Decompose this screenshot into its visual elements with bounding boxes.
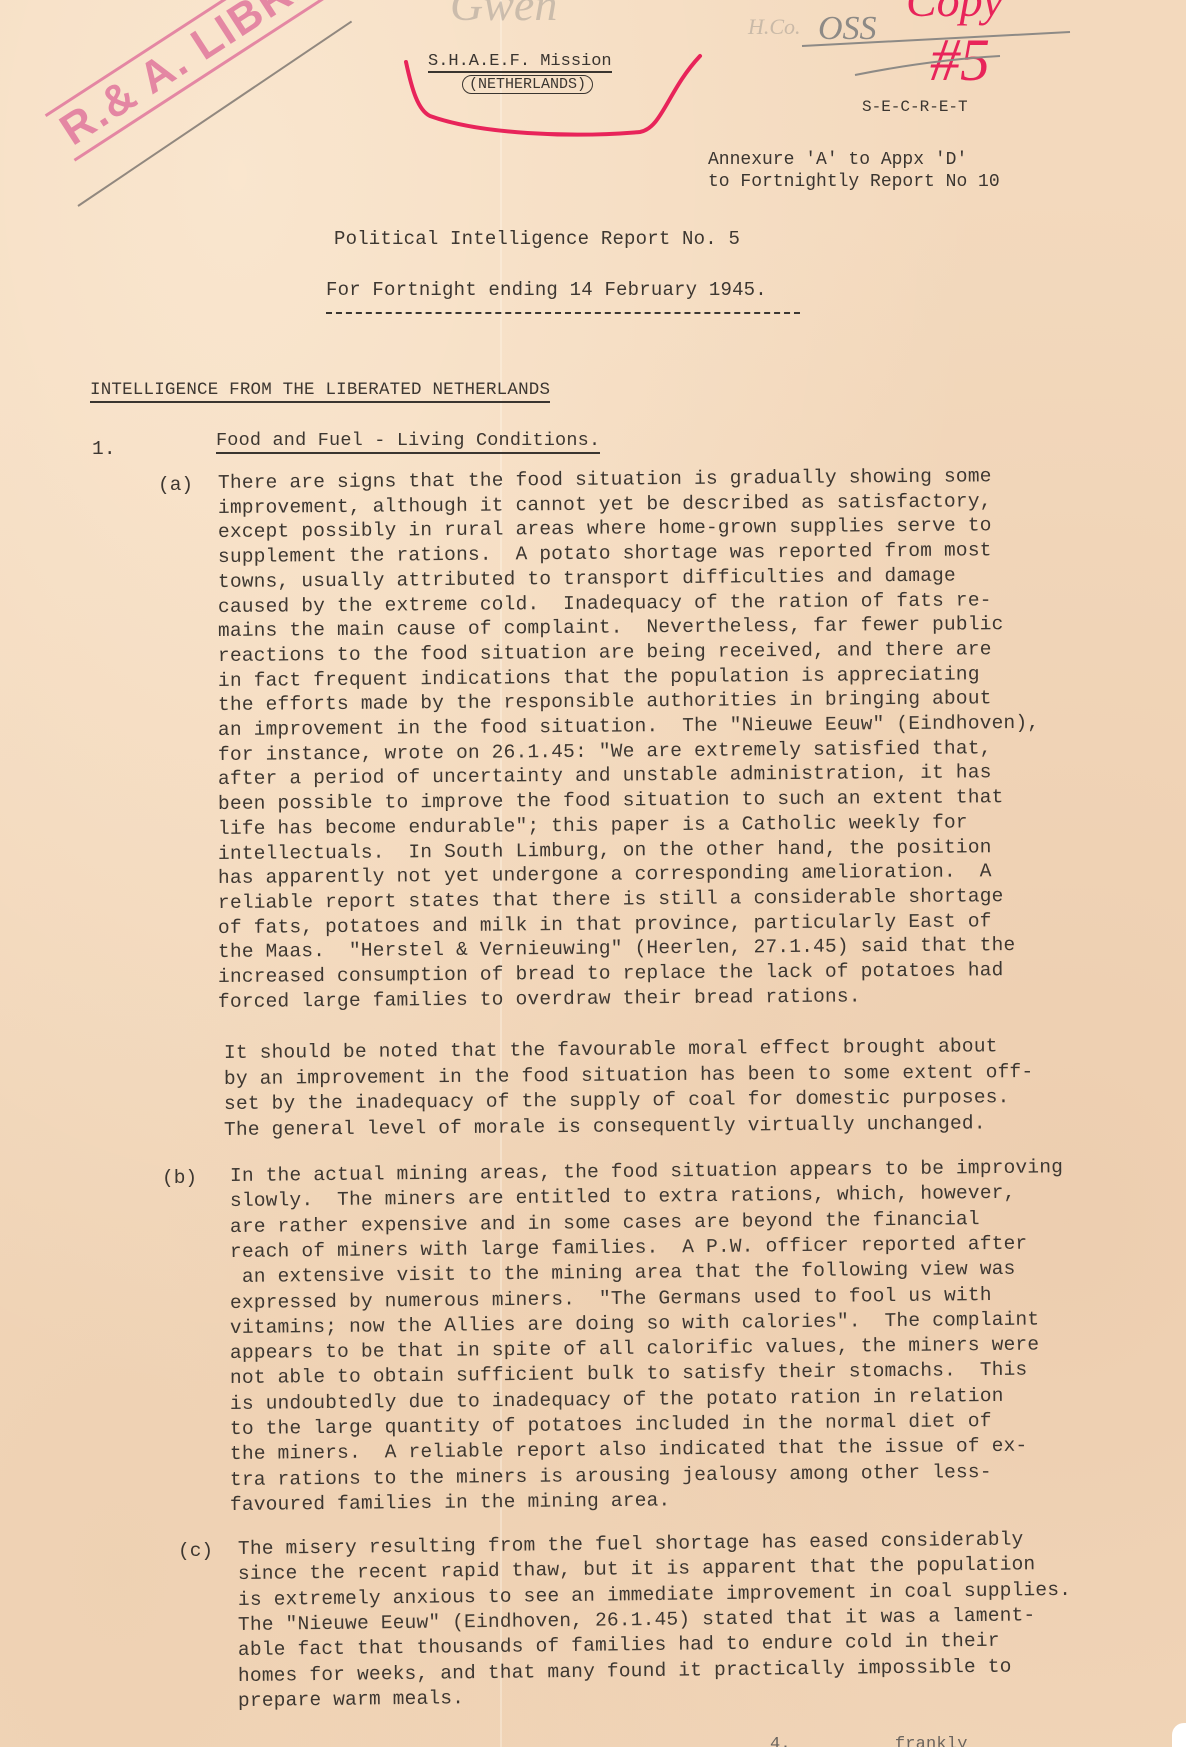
paragraph-line: the miners. A reliable report also indic…: [230, 1435, 1028, 1465]
section-heading: INTELLIGENCE FROM THE LIBERATED NETHERLA…: [90, 380, 550, 403]
paragraph-line: favoured families in the mining area.: [230, 1489, 671, 1516]
paragraph-line: not able to obtain sufficient bulk to sa…: [230, 1359, 1028, 1389]
pencil-underline-marks: [790, 20, 1090, 80]
paragraph-line: life has become endurable"; this paper i…: [218, 811, 968, 840]
report-title: Political Intelligence Report No. 5: [334, 228, 740, 250]
handwritten-faint-name: Gwen: [450, 0, 557, 31]
paragraph-line: increased consumption of bread to replac…: [218, 959, 1004, 988]
paragraph-line: There are signs that the food situation …: [218, 465, 992, 494]
paragraph-line: after a period of uncertainty and unstab…: [218, 762, 992, 791]
paragraph-line: the efforts made by the responsible auth…: [218, 688, 992, 717]
paragraph-line: in fact frequent indications that the po…: [218, 663, 980, 692]
paragraph-line: prepare warm meals.: [238, 1687, 464, 1712]
item-number: 1.: [92, 438, 116, 460]
paragraph-line: homes for weeks, and that many found it …: [238, 1655, 1012, 1686]
paragraph-line: the Maas. "Herstel & Vernieuwing" (Heerl…: [218, 934, 1016, 963]
paragraph-line: forced large families to overdraw their …: [218, 985, 861, 1013]
paragraph-line: caused by the extreme cold. Inadequacy o…: [218, 589, 992, 618]
report-subtitle: For Fortnight ending 14 February 1945.: [326, 279, 767, 301]
paragraph-line: except possibly in rural areas where hom…: [218, 515, 992, 544]
annexure-line-2: to Fortnightly Report No 10: [708, 172, 1000, 192]
paragraph-line: reliable report states that there is sti…: [218, 885, 1004, 914]
paragraph-line: been possible to improve the food situat…: [218, 786, 1004, 815]
paragraph-line: intellectuals. In South Limburg, on the …: [218, 836, 992, 865]
paragraph-line: an extensive visit to the mining area th…: [230, 1258, 1016, 1288]
item-heading: Food and Fuel - Living Conditions.: [216, 430, 600, 454]
cut-off-next-line: 4. frankly: [770, 1735, 968, 1747]
paragraph-line: mains the main cause of complaint. Never…: [218, 613, 1004, 642]
paragraph-line: reactions to the food situation are bein…: [218, 638, 992, 667]
classification-marking: S-E-C-R-E-T: [862, 98, 968, 116]
subtitle-dashed-underline: [326, 312, 800, 314]
paragraph-line: The general level of morale is consequen…: [224, 1112, 986, 1141]
paper-edge-tear: [1172, 1723, 1186, 1747]
paragraph-label: (a): [158, 474, 193, 496]
paragraph-line: supplement the rations. A potato shortag…: [218, 539, 992, 568]
annexure-line-1: Annexure 'A' to Appx 'D': [708, 150, 967, 170]
paragraph-line: set by the inadequacy of the supply of c…: [224, 1086, 1010, 1115]
paragraph-line: It should be noted that the favourable m…: [224, 1035, 998, 1064]
paragraph-line: are rather expensive and in some cases a…: [230, 1208, 980, 1238]
paragraph-label: (c): [178, 1540, 213, 1562]
paragraph-line: by an improvement in the food situation …: [224, 1060, 1034, 1089]
paragraph-line: expressed by numerous miners. "The Germa…: [230, 1284, 992, 1314]
paragraph-label: (b): [162, 1167, 197, 1189]
paragraph-line: tra rations to the miners is arousing je…: [230, 1461, 992, 1491]
paragraph-line: an improvement in the food situation. Th…: [218, 712, 1039, 741]
red-pencil-check-mark: [400, 50, 710, 150]
library-stamp: R.& A. LIBRARY: [45, 0, 391, 161]
paragraph-line: slowly. The miners are entitled to extra…: [230, 1182, 1016, 1212]
paragraph-line: towns, usually attributed to transport d…: [218, 564, 956, 592]
paragraph-line: has apparently not yet undergone a corre…: [218, 860, 992, 889]
